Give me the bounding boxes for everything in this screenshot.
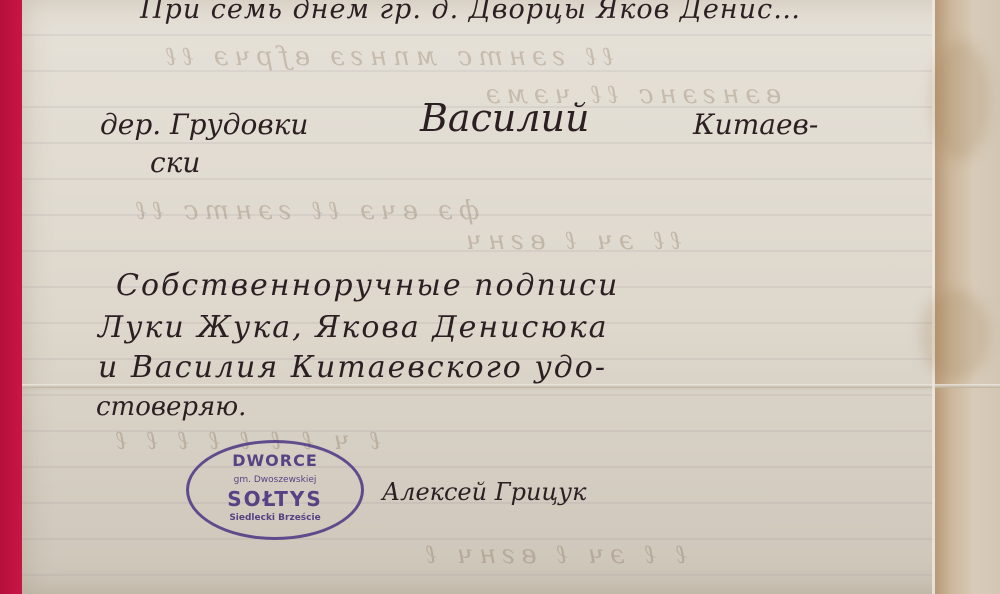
- stamp-line-1: DWORCE: [189, 451, 361, 470]
- bleed-through-text: фэ вчэ ℓℓ гэнтс ℓℓ: [130, 196, 479, 226]
- bleed-through-text: ℓℓ гэнтс мпнгэ вƒрчэ ℓℓ: [160, 42, 614, 72]
- stamp-line-3: SOŁTYS: [189, 487, 361, 511]
- handwritten-line-6: и Василия Китаевского удо-: [98, 350, 607, 385]
- signature: Алексей Грицук: [382, 478, 586, 506]
- handwritten-name-vasily: Василий: [420, 96, 589, 140]
- handwritten-line-4: Собственноручные подписи: [116, 268, 619, 303]
- stamp-line-4: Siedlecki Brzeście: [189, 513, 361, 523]
- stamp-line-2: gm. Dwoszewskiej: [189, 475, 361, 485]
- stain: [920, 290, 990, 380]
- handwritten-line-7: стоверяю.: [96, 392, 246, 422]
- handwritten-surname: Китаев-: [693, 108, 818, 141]
- handwritten-line-5: Луки Жука, Якова Денисюка: [98, 310, 609, 345]
- official-stamp: DWORCE gm. Dwoszewskiej SOŁTYS Siedlecki…: [186, 440, 364, 540]
- bleed-through-text: ℓ ℓ эч ℓ вгнч ℓ: [420, 540, 687, 570]
- handwritten-line-3: ски: [150, 146, 200, 179]
- bleed-through-text: ℓℓ эч ℓ вгнч: [460, 226, 682, 256]
- stain: [930, 40, 990, 160]
- handwritten-line-1: При семь днем гр. д. Дворцы Яков Денис…: [140, 0, 801, 25]
- handwritten-line-2: дер. Грудовки: [100, 108, 308, 141]
